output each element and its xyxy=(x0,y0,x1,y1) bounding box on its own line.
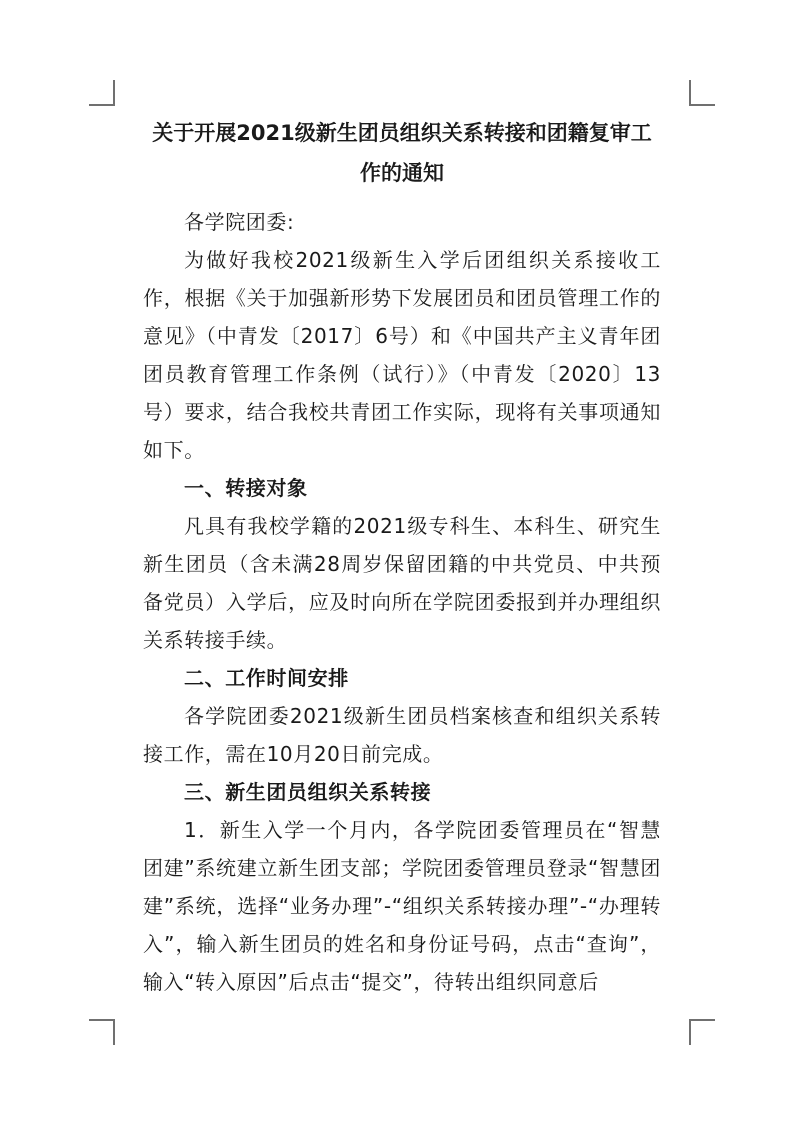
intro-paragraph: 为做好我校2021级新生入学后团组织关系接收工作，根据《关于加强新形势下发展团员… xyxy=(143,241,661,469)
salutation: 各学院团委: xyxy=(143,203,661,241)
document-page: 关于开展2021级新生团员组织关系转接和团籍复审工 作的通知 各学院团委: 为做… xyxy=(143,113,661,1001)
corner-mark-top-right xyxy=(689,80,715,106)
section-body-2: 各学院团委2021级新生团员档案核查和组织关系转接工作，需在10月20日前完成。 xyxy=(143,697,661,773)
section-heading-1: 一、转接对象 xyxy=(143,469,661,507)
section-heading-2: 二、工作时间安排 xyxy=(143,659,661,697)
title-line-2: 作的通知 xyxy=(360,161,444,185)
corner-mark-bottom-left xyxy=(89,1019,115,1045)
section-body-3: 1．新生入学一个月内，各学院团委管理员在“智慧团建”系统建立新生团支部；学院团委… xyxy=(143,811,661,1001)
title-line-1: 关于开展2021级新生团员组织关系转接和团籍复审工 xyxy=(152,121,651,145)
corner-mark-bottom-right xyxy=(689,1019,715,1045)
section-heading-3: 三、新生团员组织关系转接 xyxy=(143,773,661,811)
document-title: 关于开展2021级新生团员组织关系转接和团籍复审工 作的通知 xyxy=(143,113,661,193)
corner-mark-top-left xyxy=(89,80,115,106)
section-body-1: 凡具有我校学籍的2021级专科生、本科生、研究生新生团员（含未满28周岁保留团籍… xyxy=(143,507,661,659)
